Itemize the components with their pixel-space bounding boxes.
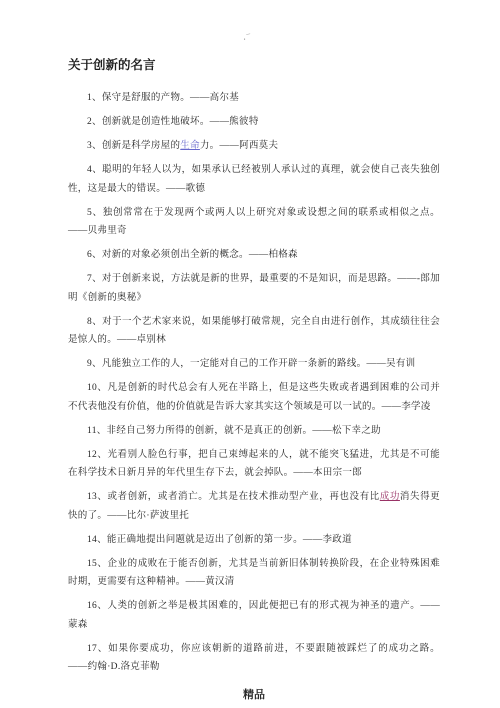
quote-text: 16、人类的创新之举是极其困难的，因此便把已有的形式视为神圣的遗产。——蒙森 <box>68 601 440 630</box>
quote-text: 3、创新是科学房屋的 <box>87 141 180 151</box>
quote-paragraph-4: 4、聪明的年轻人以为，如果承认已经被别人承认过的真理，就会使自己丧失独创性，这是… <box>68 161 440 198</box>
quote-paragraph-17: 17、如果你要成功，你应该朝新的道路前进，不要跟随被踩烂了的成功之路。——约翰·… <box>68 640 440 677</box>
quote-paragraph-11: 11、非经自己努力所得的创新，就不是真正的创新。——松下幸之助 <box>68 422 440 441</box>
quote-text: 17、如果你要成功，你应该朝新的道路前进，不要跟随被踩烂了的成功之路。——约翰·… <box>68 644 440 673</box>
quote-text: 力。——阿西莫夫 <box>200 141 278 151</box>
quote-paragraph-8: 8、对于一个艺术家来说，如果能够打破常规，完全自由进行创作，其成绩往往会是惊人的… <box>68 313 440 350</box>
quote-paragraph-6: 6、对新的对象必须创出全新的概念。——柏格森 <box>68 246 440 265</box>
quote-paragraph-1: 1、保守是舒服的产物。——高尔基 <box>68 89 440 108</box>
quote-paragraph-13: 13、或者创新，或者消亡。尤其是在技术推动型产业，再也没有比成功消失得更快的了。… <box>68 488 440 525</box>
quote-paragraph-9: 9、凡能独立工作的人，一定能对自己的工作开辟一条新的路线。——吴有训 <box>68 355 440 374</box>
quote-text: 11、非经自己努力所得的创新，就不是真正的创新。——松下幸之助 <box>87 426 381 436</box>
quote-paragraph-2: 2、创新就是创造性地破坏。——熊彼特 <box>68 113 440 132</box>
quote-text: 8、对于一个艺术家来说，如果能够打破常规，完全自由进行创作，其成绩往往会是惊人的… <box>68 317 440 346</box>
quote-text: 6、对新的对象必须创出全新的概念。——柏格森 <box>87 250 298 260</box>
document-page: 关于创新的名言 1、保守是舒服的产物。——高尔基 2、创新就是创造性地破坏。——… <box>0 0 500 702</box>
quote-paragraph-7: 7、对于创新来说，方法就是新的世界，最重要的不是知识，而是思路。——-郎加明《创… <box>68 270 440 307</box>
life-link[interactable]: 生命 <box>180 141 200 151</box>
smudge-mark: ·‾ <box>242 33 252 45</box>
quote-text: 4、聪明的年轻人以为，如果承认已经被别人承认过的真理，就会使自己丧失独创性，这是… <box>68 165 440 194</box>
quote-text: 1、保守是舒服的产物。——高尔基 <box>87 93 239 103</box>
quote-text: 10、凡是创新的时代总会有人死在半路上，但是这些失败或者遇到困难的公司并不代表他… <box>68 383 440 412</box>
quote-text: 12、光看别人脸色行事，把自己束缚起来的人，就不能突飞猛进，尤其是不可能在科学技… <box>68 450 440 479</box>
quote-text: 2、创新就是创造性地破坏。——熊彼特 <box>87 117 259 127</box>
quote-text: 15、企业的成败在于能否创新，尤其是当前新旧体制转换阶段，在企业特殊困难时期，更… <box>68 559 440 588</box>
quote-paragraph-16: 16、人类的创新之举是极其困难的，因此便把已有的形式视为神圣的遗产。——蒙森 <box>68 597 440 634</box>
quote-text: 5、独创常常在于发现两个或两人以上研究对象或设想之间的联系或相似之点。——贝弗里… <box>68 208 440 237</box>
quote-paragraph-12: 12、光看别人脸色行事，把自己束缚起来的人，就不能突飞猛进，尤其是不可能在科学技… <box>68 446 440 483</box>
quote-text: 7、对于创新来说，方法就是新的世界，最重要的不是知识，而是思路。——-郎加明《创… <box>68 274 440 303</box>
quote-paragraph-10: 10、凡是创新的时代总会有人死在半路上，但是这些失败或者遇到困难的公司并不代表他… <box>68 379 440 416</box>
quote-paragraph-3: 3、创新是科学房屋的生命力。——阿西莫夫 <box>68 137 440 156</box>
quote-text: 9、凡能独立工作的人，一定能对自己的工作开辟一条新的路线。——吴有训 <box>87 359 415 369</box>
quote-paragraph-15: 15、企业的成败在于能否创新，尤其是当前新旧体制转换阶段，在企业特殊困难时期，更… <box>68 555 440 592</box>
success-link[interactable]: 成功 <box>380 492 400 502</box>
footer-label: 精品 <box>68 686 440 702</box>
quote-text: 13、或者创新，或者消亡。尤其是在技术推动型产业，再也没有比 <box>87 492 380 502</box>
quote-text: 14、能正确地提出问题就是迈出了创新的第一步。——李政道 <box>87 535 352 545</box>
quote-paragraph-5: 5、独创常常在于发现两个或两人以上研究对象或设想之间的联系或相似之点。——贝弗里… <box>68 204 440 241</box>
quote-paragraph-14: 14、能正确地提出问题就是迈出了创新的第一步。——李政道 <box>68 531 440 550</box>
page-title: 关于创新的名言 <box>68 58 440 72</box>
